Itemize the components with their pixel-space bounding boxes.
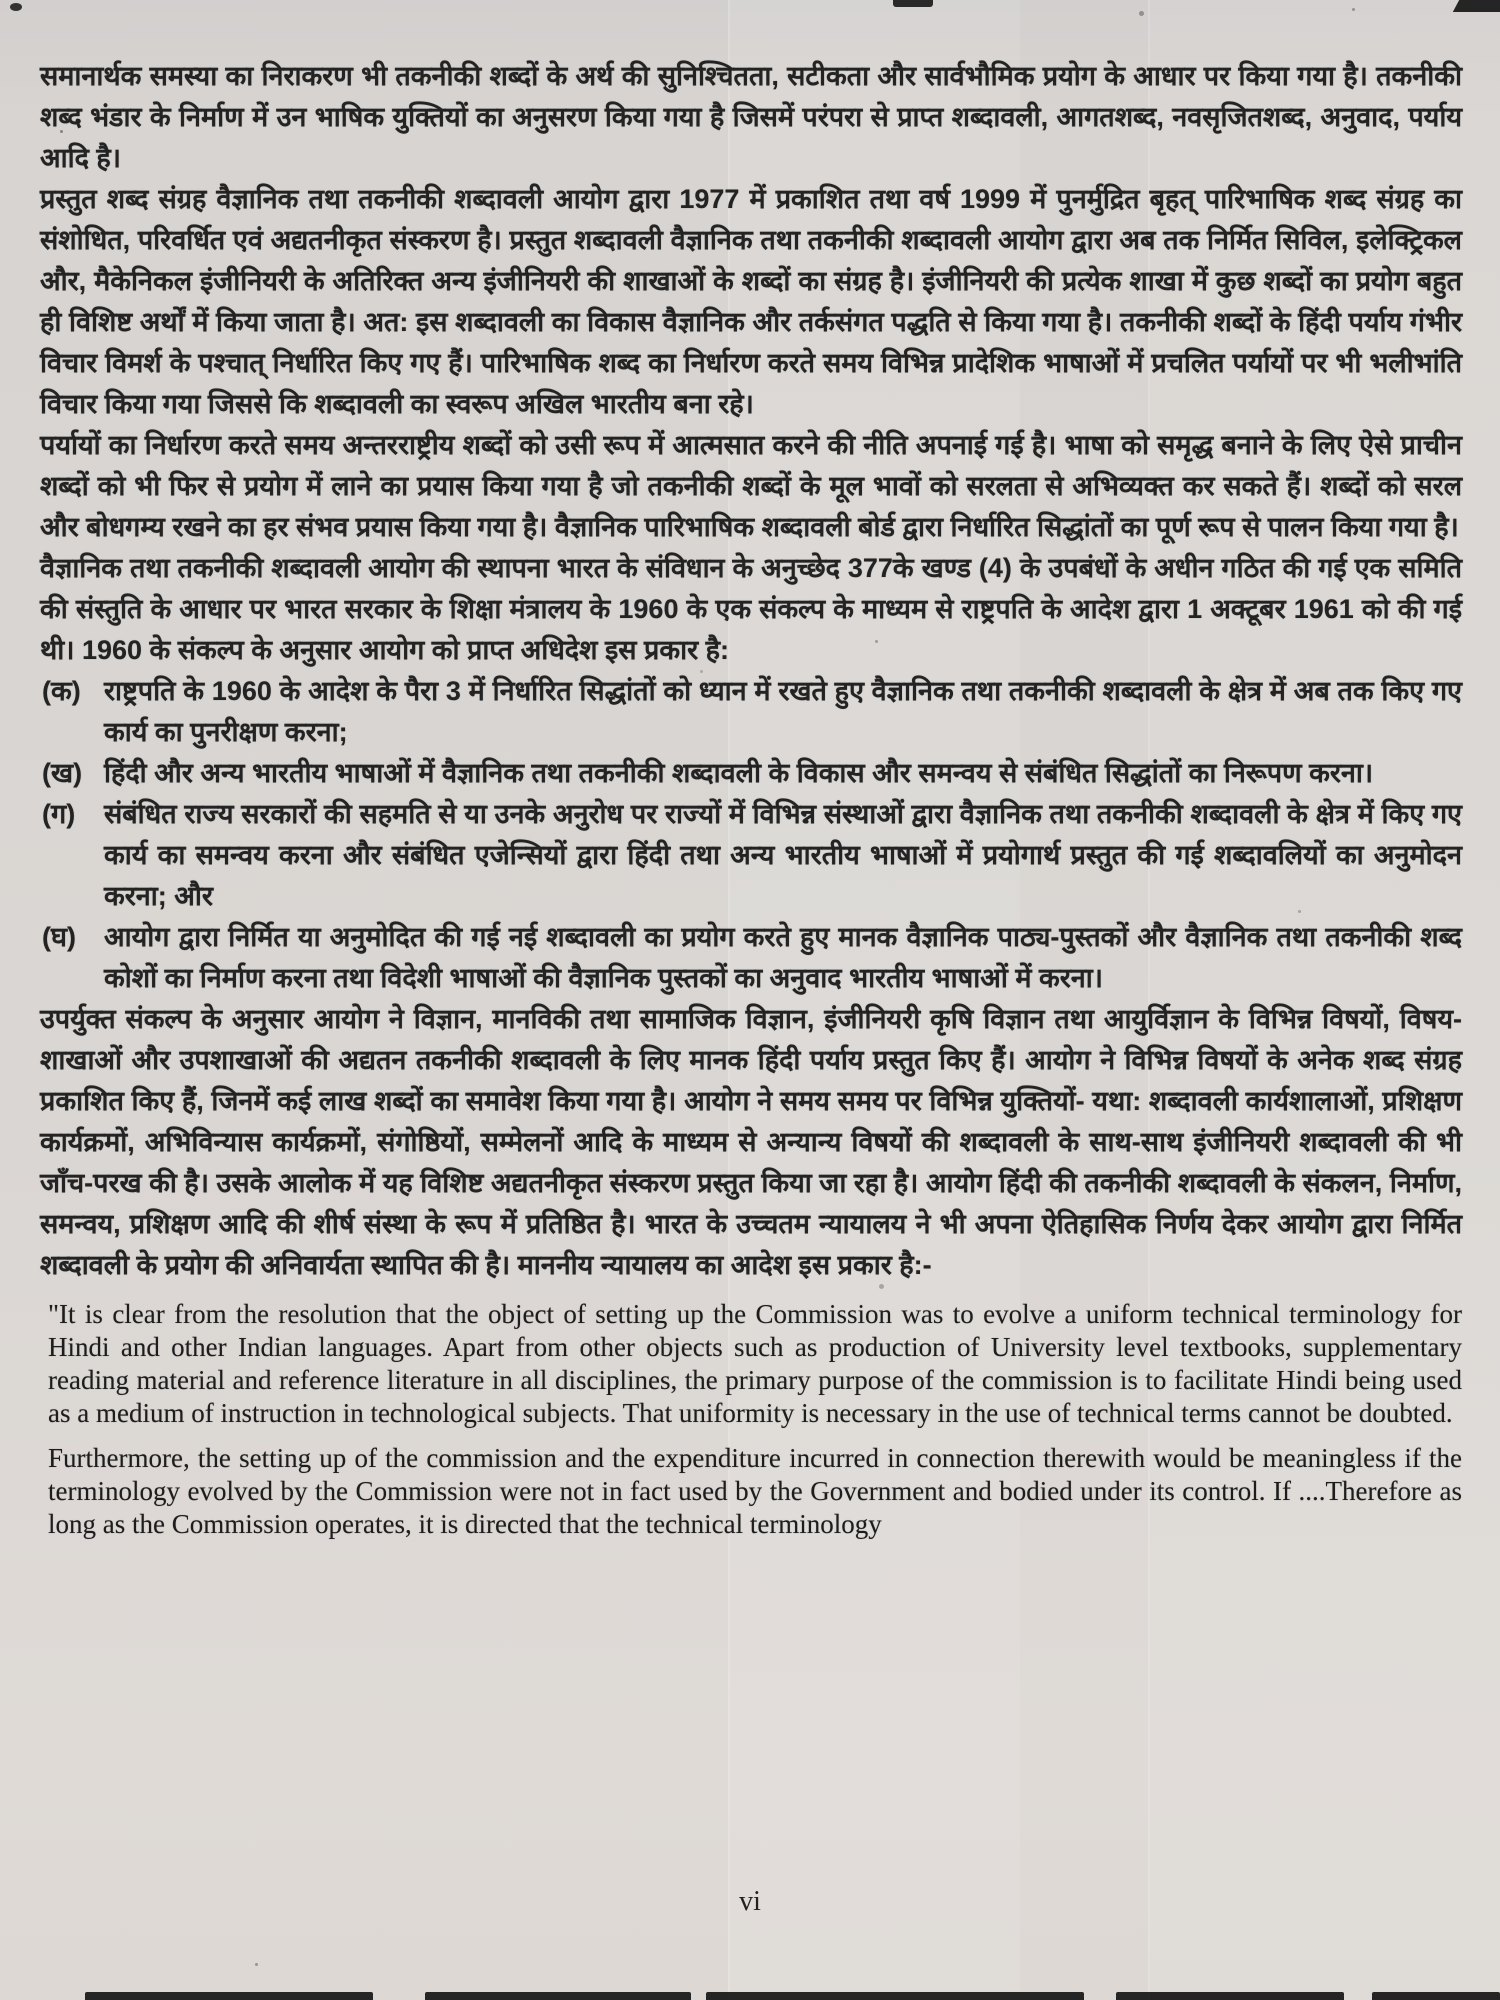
mandate-text-kha: हिंदी और अन्य भारतीय भाषाओं में वैज्ञानि… bbox=[104, 758, 1373, 788]
english-quote-paragraph-2: Furthermore, the setting up of the commi… bbox=[40, 1442, 1462, 1541]
scan-mark-bottom-edge bbox=[85, 1992, 373, 2000]
mandate-marker-kha: (ख) bbox=[42, 753, 82, 794]
mandate-item-ga: (ग) संबंधित राज्य सरकारों की सहमति से या… bbox=[40, 794, 1462, 917]
hindi-paragraph-3: पर्यायों का निर्धारण करते समय अन्तरराष्ट… bbox=[40, 425, 1462, 548]
mandate-text-ga: संबंधित राज्य सरकारों की सहमति से या उनक… bbox=[104, 799, 1462, 911]
hindi-paragraph-1: समानार्थक समस्या का निराकरण भी तकनीकी शब… bbox=[40, 56, 1462, 179]
hindi-paragraph-4: वैज्ञानिक तथा तकनीकी शब्दावली आयोग की स्… bbox=[40, 548, 1462, 671]
scanned-book-page: { "doc": { "para_1": "समानार्थक समस्या क… bbox=[0, 0, 1500, 2000]
mandate-marker-gha: (घ) bbox=[42, 917, 76, 958]
mandate-text-gha: आयोग द्वारा निर्मित या अनुमोदित की गई नई… bbox=[104, 922, 1462, 993]
scan-mark-top-middle bbox=[893, 0, 933, 7]
hindi-paragraph-5: उपर्युक्त संकल्प के अनुसार आयोग ने विज्ञ… bbox=[40, 999, 1462, 1286]
mandate-text-ka: राष्ट्रपति के 1960 के आदेश के पैरा 3 में… bbox=[104, 676, 1462, 747]
page-text-block: समानार्थक समस्या का निराकरण भी तकनीकी शब… bbox=[40, 56, 1462, 1541]
mandate-item-ka: (क) राष्ट्रपति के 1960 के आदेश के पैरा 3… bbox=[40, 671, 1462, 753]
english-quote-paragraph-1: "It is clear from the resolution that th… bbox=[40, 1298, 1462, 1430]
scan-mark-top-left bbox=[10, 3, 22, 11]
mandate-marker-ka: (क) bbox=[42, 671, 81, 712]
hindi-paragraph-2: प्रस्तुत शब्द संग्रह वैज्ञानिक तथा तकनीक… bbox=[40, 179, 1462, 425]
scan-mark-bottom-edge bbox=[1116, 1992, 1344, 2000]
mandate-item-kha: (ख) हिंदी और अन्य भारतीय भाषाओं में वैज्… bbox=[40, 753, 1462, 794]
mandate-marker-ga: (ग) bbox=[42, 794, 75, 835]
mandate-item-gha: (घ) आयोग द्वारा निर्मित या अनुमोदित की ग… bbox=[40, 917, 1462, 999]
page-number: vi bbox=[0, 1886, 1500, 1918]
scan-mark-bottom-edge bbox=[425, 1992, 691, 2000]
scan-mark-bottom-edge bbox=[706, 1992, 1084, 2000]
scan-mark-bottom-edge bbox=[1372, 1992, 1500, 2000]
scan-mark-top-right bbox=[1453, 0, 1500, 12]
